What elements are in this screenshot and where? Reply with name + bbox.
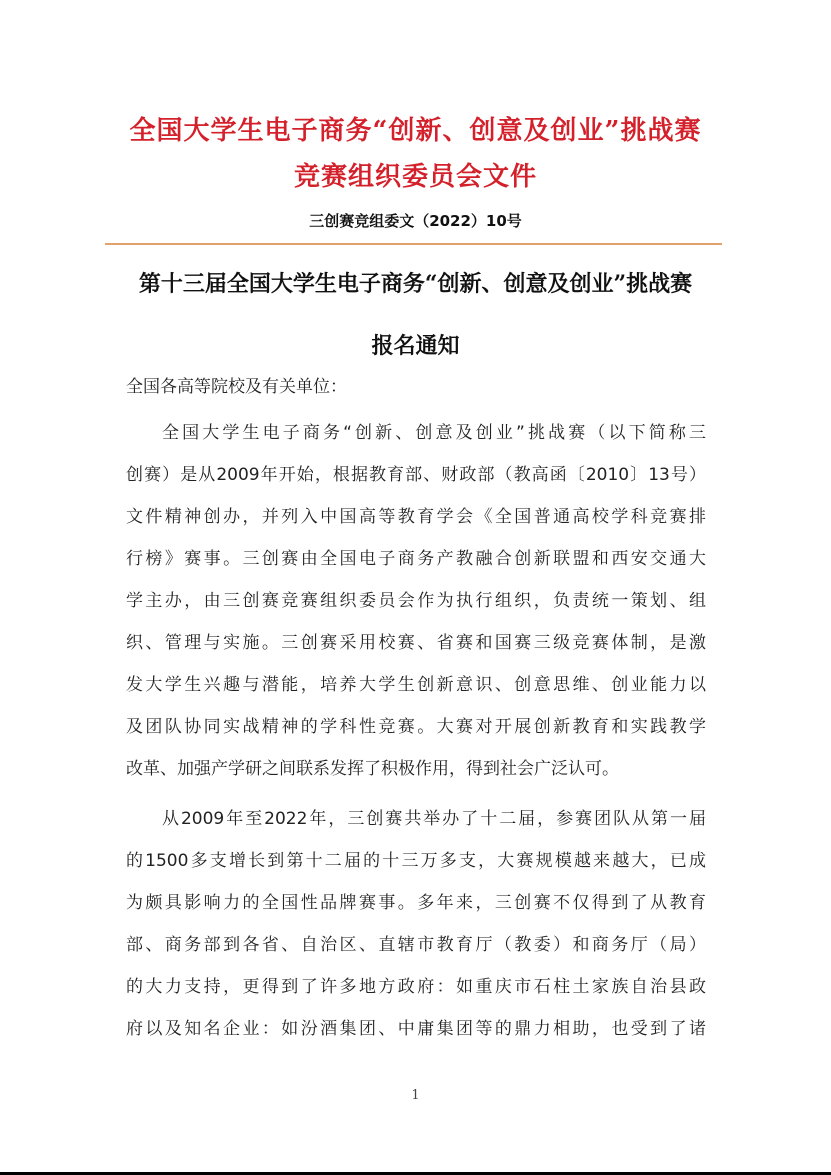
notice-title-line2: 报名通知 <box>0 330 831 362</box>
page-number: 1 <box>0 1088 831 1103</box>
paragraph-line: 改革、加强产学研之间联系发挥了积极作用，得到社会广泛认可。 <box>126 756 706 782</box>
paragraph-line: 为颇具影响力的全国性品牌赛事。多年来，三创赛不仅得到了从教育 <box>126 890 706 916</box>
document-page: 全国大学生电子商务“创新、创意及创业”挑战赛 竞赛组织委员会文件 三创赛竞组委文… <box>0 0 831 1172</box>
document-number: 三创赛竞组委文（2022）10号 <box>0 210 831 232</box>
header-title-line2: 竞赛组织委员会文件 <box>0 158 831 196</box>
paragraph-line: 行榜》赛事。三创赛由全国电子商务产教融合创新联盟和西安交通大 <box>126 546 706 572</box>
paragraph-line: 的大力支持，更得到了许多地方政府：如重庆市石柱土家族自治县政 <box>126 974 706 1000</box>
paragraph-line: 发大学生兴趣与潜能，培养大学生创新意识、创意思维、创业能力以 <box>126 672 706 698</box>
paragraph-line: 文件精神创办，并列入中国高等教育学会《全国普通高校学科竞赛排 <box>126 504 706 530</box>
paragraph-line: 及团队协同实战精神的学科性竞赛。大赛对开展创新教育和实践教学 <box>126 714 706 740</box>
paragraph-line: 从2009年至2022年，三创赛共举办了十二届，参赛团队从第一届 <box>162 806 706 832</box>
paragraph-line: 府以及知名企业：如汾酒集团、中庸集团等的鼎力相助，也受到了诸 <box>126 1016 706 1042</box>
salutation: 全国各高等院校及有关单位： <box>126 374 347 400</box>
header-divider <box>105 243 722 245</box>
notice-title-line1: 第十三届全国大学生电子商务“创新、创意及创业”挑战赛 <box>0 268 831 300</box>
paragraph-line: 学主办，由三创赛竞赛组织委员会作为执行组织，负责统一策划、组 <box>126 588 706 614</box>
paragraph-line: 部、商务部到各省、自治区、直辖市教育厅（教委）和商务厅（局） <box>126 932 706 958</box>
paragraph-line: 全国大学生电子商务“创新、创意及创业”挑战赛（以下简称三 <box>162 420 706 446</box>
paragraph-line: 织、管理与实施。三创赛采用校赛、省赛和国赛三级竞赛体制，是激 <box>126 630 706 656</box>
paragraph-line: 创赛）是从2009年开始，根据教育部、财政部（教高函〔2010〕13号） <box>126 462 706 488</box>
header-title-line1: 全国大学生电子商务“创新、创意及创业”挑战赛 <box>0 112 831 150</box>
paragraph-line: 的1500多支增长到第十二届的十三万多支，大赛规模越来越大，已成 <box>126 848 706 874</box>
